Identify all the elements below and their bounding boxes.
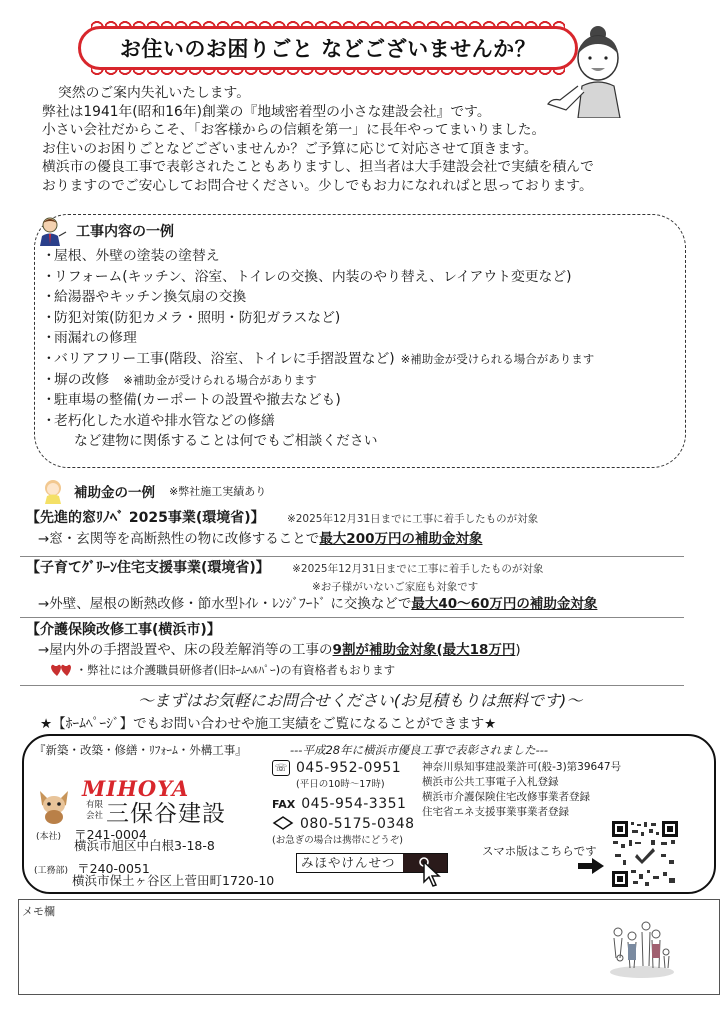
subsidy-title: 補助金の一例	[74, 481, 155, 501]
family-illustration	[608, 918, 676, 978]
intro-line: 横浜市の優良工事で表彰されたこともありますし、担当者は大手建設会社で実績を積んで	[42, 158, 682, 177]
phone-icon: ☏	[272, 760, 290, 776]
cursor-pointer-icon	[422, 860, 444, 888]
fax-label: FAX	[272, 798, 295, 811]
businessman-icon	[38, 216, 70, 246]
program-name: 【子育てｸﾞﾘｰﾝ住宅支援事業(環境省)】	[26, 560, 270, 576]
mobile-number[interactable]: 080-5175-0348	[300, 816, 415, 832]
girl-pointing-icon	[40, 478, 66, 504]
chihuahua-mascot-icon	[36, 787, 72, 825]
program-desc: →窓・玄関等を高断熱性の物に改修することで	[38, 531, 319, 547]
smartphone-label: スマホ版はこちらです	[482, 843, 597, 859]
intro-line: 小さい会社だからこそ、「お客様からの信頼を第一」に長年やってまいりました。	[42, 121, 682, 140]
program-note: ※お子様がいないご家庭も対象です	[312, 581, 478, 593]
program-highlight: 最大200万円の補助金対象	[319, 531, 482, 547]
program-name: 【介護保険改修工事(横浜市)】	[26, 622, 221, 638]
phone-hours: (平日の10時～17時)	[296, 776, 401, 790]
divider	[20, 556, 684, 557]
list-item: ・老朽化した水道や排水管などの修繕	[42, 411, 682, 432]
subsidy-program: 【先進的窓ﾘﾉﾍﾞ 2025事業(環境省)】 ※2025年12月31日までに工事…	[26, 508, 686, 549]
subsidy-program: 【子育てｸﾞﾘｰﾝ住宅支援事業(環境省)】 ※2025年12月31日までに工事に…	[26, 558, 686, 614]
intro-text: 突然のご案内失礼いたします。 弊社は1941年(昭和16年)創業の『地域密着型の…	[42, 84, 682, 196]
homepage-line: ★【ﾎｰﾑﾍﾟｰｼﾞ】でもお問い合わせや施工実績をご覧になることができます★	[40, 712, 496, 732]
legal-form: 有限 会社	[86, 800, 103, 822]
divider	[20, 617, 684, 618]
list-item: ・駐車場の整備(カーポートの設置や撤去なども)	[42, 390, 682, 411]
subsidy-note: ※弊社施工実績あり	[169, 483, 266, 499]
fax-number: 045-954-3351	[301, 796, 406, 812]
works-title: 工事内容の一例	[76, 221, 174, 241]
program-highlight: 9割が補助金対象(最大18万円	[333, 642, 516, 658]
search-input[interactable]: みほやけんせつ	[297, 854, 403, 872]
license-item: 横浜市介護保険住宅改修事業者登録	[422, 790, 621, 805]
program-highlight: 最大40～60万円の補助金対象	[411, 596, 597, 612]
works-heading: 工事内容の一例	[38, 216, 174, 246]
qr-code[interactable]	[611, 820, 679, 888]
memo-label: メモ欄	[22, 903, 55, 919]
works-closing: など建物に関係することは何でもご相談ください	[42, 431, 682, 452]
intro-line: 弊社は1941年(昭和16年)創業の『地域密着型の小さな建設会社』です。	[42, 103, 682, 122]
mobile-phone-icon	[272, 816, 294, 830]
headline-title: お住いのお困りごと などございませんか？	[120, 33, 536, 63]
head-office-street: 横浜市旭区中白根3-18-8	[74, 838, 215, 854]
list-item: ・防犯対策(防犯カメラ・照明・防犯ガラスなど)	[42, 308, 682, 329]
program-name: 【先進的窓ﾘﾉﾍﾞ 2025事業(環境省)】	[26, 510, 265, 526]
subsidy-note: ※補助金が受けられる場合があります	[401, 352, 595, 366]
program-desc: →屋内外の手摺設置や、床の段差解消等の工事の	[38, 642, 333, 658]
list-item: ・給湯器やキッチン換気扇の交換	[42, 287, 682, 308]
license-item: 横浜市公共工事電子入札登録	[422, 775, 621, 790]
license-item: 住宅省エネ支援事業事業者登録	[422, 805, 621, 820]
care-staff-note: ・弊社には介護職員研修者(旧ﾎｰﾑﾍﾙﾊﾟｰ)の有資格者もおります	[76, 663, 395, 677]
cta-title: ～まずはお気軽にお問合せください(お見積もりは無料です)～	[60, 688, 660, 711]
mobile-note: (お急ぎの場合は携帯にどうぞ)	[272, 832, 415, 846]
program-desc: →外壁、屋根の断熱改修・節水型ﾄｲﾚ・ﾚﾝｼﾞﾌｰﾄﾞ に交換などで	[38, 596, 411, 612]
list-item: ・バリアフリー工事(階段、浴室、トイレに手摺設置など)※補助金が受けられる場合が…	[42, 349, 682, 370]
list-item: ・屋根、外壁の塗装の塗替え	[42, 246, 682, 267]
license-item: 神奈川県知事建設業許可(般-3)第39647号	[422, 760, 621, 775]
list-item: ・雨漏れの修理	[42, 328, 682, 349]
headline-banner: お住いのお困りごと などございませんか？	[78, 26, 578, 70]
intro-line: 突然のご案内失礼いたします。	[42, 84, 682, 103]
contact-info: ☏ 045-952-0951 (平日の10時～17時) FAX 045-954-…	[272, 760, 415, 846]
licenses-list: 神奈川県知事建設業許可(般-3)第39647号 横浜市公共工事電子入札登録 横浜…	[422, 760, 621, 820]
services-list: 『新築・改築・修繕・ﾘﾌｫｰﾑ・外構工事』	[34, 742, 247, 758]
program-note: ※2025年12月31日までに工事に着手したものが対象	[292, 563, 543, 575]
phone-number[interactable]: 045-952-0951	[296, 760, 401, 776]
subsidy-program: 【介護保険改修工事(横浜市)】 →屋内外の手摺設置や、床の段差解消等の工事の9割…	[26, 620, 686, 680]
list-item: ・塀の改修※補助金が受けられる場合があります	[42, 370, 682, 391]
divider	[20, 685, 684, 686]
program-note: ※2025年12月31日までに工事に着手したものが対象	[287, 513, 538, 525]
intro-line: おりますのでご安心してお問合せください。少しでもお力になれればと思っております。	[42, 177, 682, 196]
works-dept-street: 横浜市保土ヶ谷区上菅田町1720-10	[72, 873, 274, 889]
intro-line: お住いのお困りごとなどございませんか？ご予算に応じて対応させて頂きます。	[42, 140, 682, 159]
works-list: ・屋根、外壁の塗装の塗替え ・リフォーム(キッチン、浴室、トイレの交換、内装のや…	[42, 246, 682, 452]
award-note: ---平成28年に横浜市優良工事で表彰されました---	[290, 742, 548, 758]
list-item: ・リフォーム(キッチン、浴室、トイレの交換、内装のやり替え、レイアウト変更など)	[42, 267, 682, 288]
care-hearts-icon	[50, 663, 72, 679]
arrow-right-icon	[578, 858, 604, 874]
subsidy-heading: 補助金の一例 ※弊社施工実績あり	[40, 478, 266, 504]
subsidy-note: ※補助金が受けられる場合があります	[123, 373, 317, 387]
